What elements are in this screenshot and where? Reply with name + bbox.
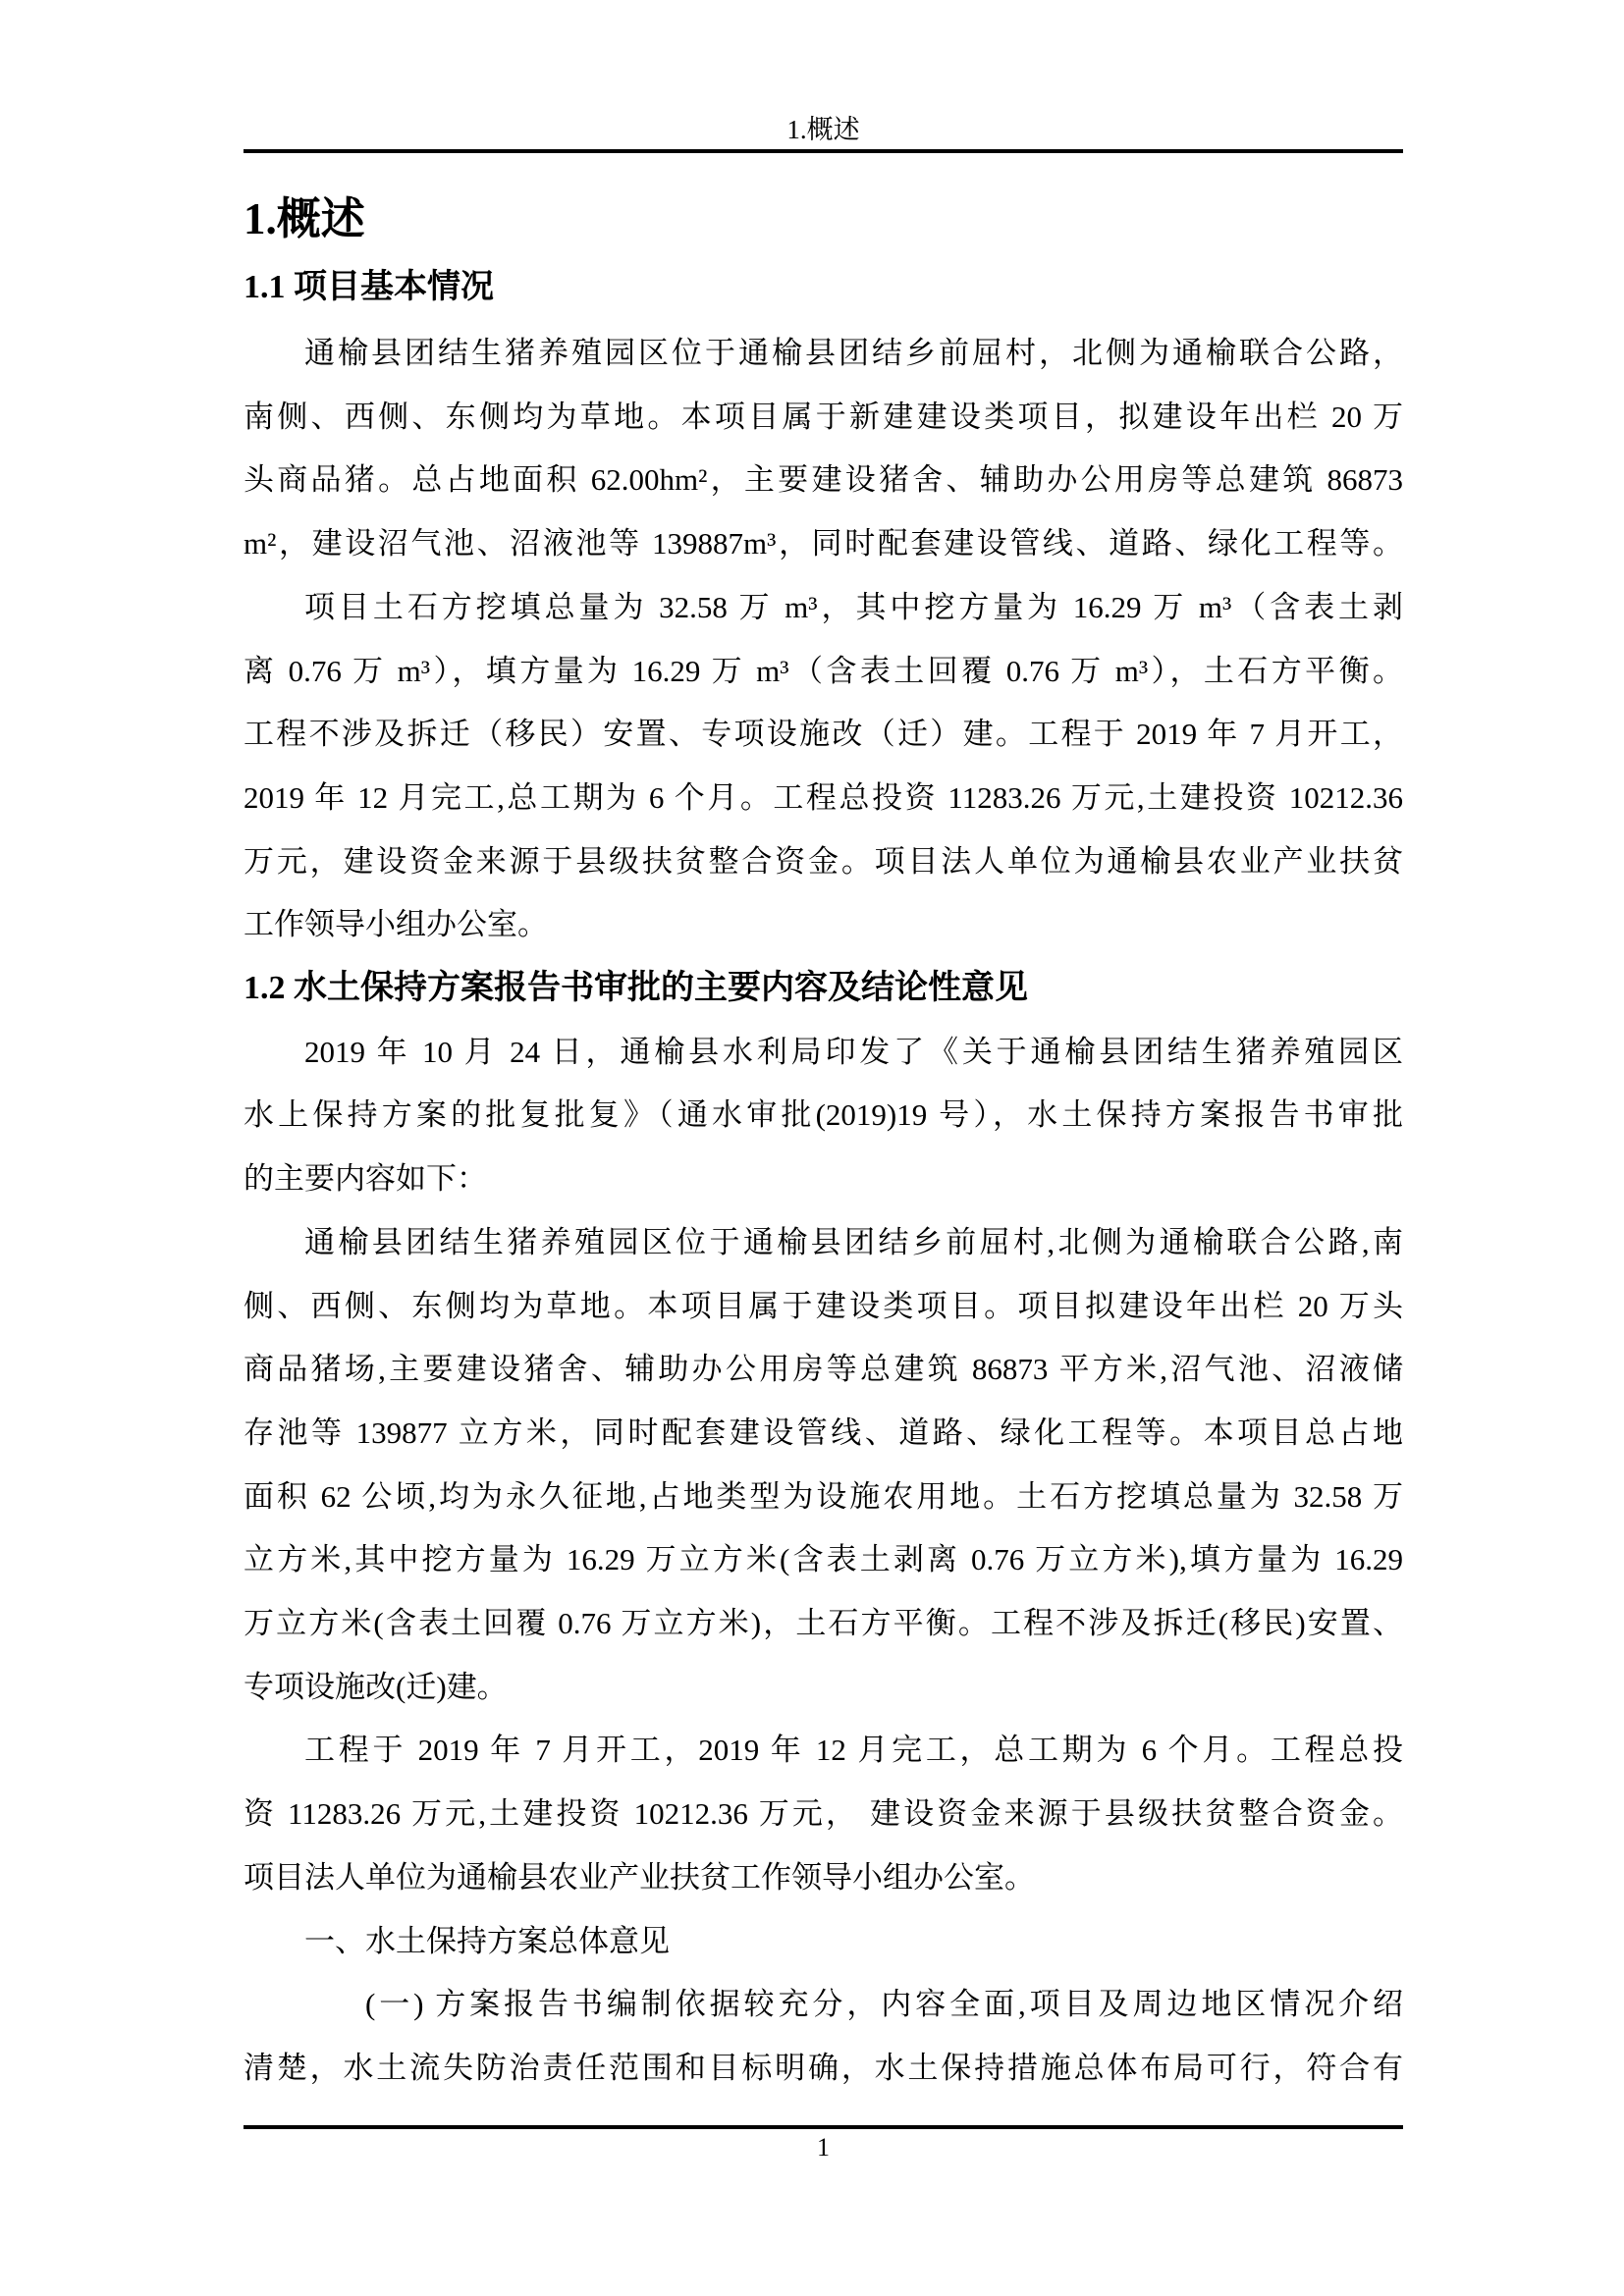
body-line: 离 0.76 万 m³），填方量为 16.29 万 m³（含表土回覆 0.76 … — [244, 640, 1403, 704]
body-line: 头商品猪。总占地面积 62.00hm²，主要建设猪舍、辅助办公用房等总建筑 86… — [244, 449, 1403, 512]
body-line: 工程于 2019 年 7 月开工，2019 年 12 月完工，总工期为 6 个月… — [244, 1719, 1403, 1783]
paragraph-earthwork: 项目土石方挖填总量为 32.58 万 m³，其中挖方量为 16.29 万 m³（… — [244, 576, 1403, 957]
paragraph-approval-project-description: 通榆县团结生猪养殖园区位于通榆县团结乡前屈村,北侧为通榆联合公路,南 侧、西侧、… — [244, 1211, 1403, 1720]
paragraph-project-overview: 通榆县团结生猪养殖园区位于通榆县团结乡前屈村，北侧为通榆联合公路， 南侧、西侧、… — [244, 322, 1403, 576]
document-page: 1.概述 1.概述 1.1 项目基本情况 通榆县团结生猪养殖园区位于通榆县团结乡… — [0, 0, 1624, 2296]
body-line: 商品猪场,主要建设猪舍、辅助办公用房等总建筑 86873 平方米,沼气池、沼液储 — [244, 1338, 1403, 1402]
body-line: 万立方米(含表土回覆 0.76 万立方米)，土石方平衡。工程不涉及拆迁(移民)安… — [244, 1592, 1403, 1656]
body-line: 专项设施改(迁)建。 — [244, 1656, 1403, 1720]
paragraph-opinion-item-1: (一) 方案报告书编制依据较充分，内容全面,项目及周边地区情况介绍 清楚，水土流… — [244, 1973, 1403, 2100]
chapter-heading: 1.概述 — [244, 192, 1403, 245]
body-line: 面积 62 公顷,均为永久征地,占地类型为设施农用地。土石方挖填总量为 32.5… — [244, 1466, 1403, 1529]
document-body: 1.概述 1.1 项目基本情况 通榆县团结生猪养殖园区位于通榆县团结乡前屈村，北… — [244, 192, 1403, 2101]
body-line: 项目土石方挖填总量为 32.58 万 m³，其中挖方量为 16.29 万 m³（… — [244, 576, 1403, 640]
page-header: 1.概述 — [244, 0, 1403, 153]
body-line: 资 11283.26 万元,土建投资 10212.36 万元， 建设资金来源于县… — [244, 1783, 1403, 1846]
paragraph-overall-opinion-title: 一、水土保持方案总体意见 — [244, 1910, 1403, 1974]
section-1-2-heading: 1.2 水土保持方案报告书审批的主要内容及结论性意见 — [244, 957, 1403, 1021]
body-line: 2019 年 12 月完工,总工期为 6 个月。工程总投资 11283.26 万… — [244, 767, 1403, 830]
body-line: 南侧、西侧、东侧均为草地。本项目属于新建建设类项目，拟建设年出栏 20 万 — [244, 386, 1403, 450]
body-line: 工作领导小组办公室。 — [244, 893, 1403, 957]
body-line: 2019 年 10 月 24 日，通榆县水利局印发了《关于通榆县团结生猪养殖园区 — [244, 1021, 1403, 1085]
body-line: 存池等 139877 立方米，同时配套建设管线、道路、绿化工程等。本项目总占地 — [244, 1402, 1403, 1466]
section-1-1-heading: 1.1 项目基本情况 — [244, 269, 1403, 306]
page-number: 1 — [244, 2129, 1403, 2163]
body-line: 通榆县团结生猪养殖园区位于通榆县团结乡前屈村,北侧为通榆联合公路,南 — [244, 1211, 1403, 1275]
paragraph-approval-intro: 2019 年 10 月 24 日，通榆县水利局印发了《关于通榆县团结生猪养殖园区… — [244, 1021, 1403, 1211]
body-line: 一、水土保持方案总体意见 — [244, 1910, 1403, 1974]
body-line: (一) 方案报告书编制依据较充分，内容全面,项目及周边地区情况介绍 — [244, 1973, 1403, 2037]
body-line: 万元，建设资金来源于县级扶贫整合资金。项目法人单位为通榆县农业产业扶贫 — [244, 830, 1403, 894]
body-line: 清楚，水土流失防治责任范围和目标明确，水土保持措施总体布局可行，符合有 — [244, 2037, 1403, 2101]
body-line: m²，建设沼气池、沼液池等 139887m³，同时配套建设管线、道路、绿化工程等… — [244, 512, 1403, 576]
body-line: 水上保持方案的批复批复》（通水审批(2019)19 号），水土保持方案报告书审批 — [244, 1084, 1403, 1148]
body-line: 的主要内容如下： — [244, 1148, 1403, 1211]
body-line: 项目法人单位为通榆县农业产业扶贫工作领导小组办公室。 — [244, 1846, 1403, 1910]
running-header-title: 1.概述 — [786, 114, 859, 149]
page-footer: 1 — [244, 2125, 1403, 2163]
body-line: 立方米,其中挖方量为 16.29 万立方米(含表土剥离 0.76 万立方米),填… — [244, 1528, 1403, 1592]
body-line: 通榆县团结生猪养殖园区位于通榆县团结乡前屈村，北侧为通榆联合公路， — [244, 322, 1403, 386]
body-line: 工程不涉及拆迁（移民）安置、专项设施改（迁）建。工程于 2019 年 7 月开工… — [244, 703, 1403, 767]
body-line: 侧、西侧、东侧均为草地。本项目属于建设类项目。项目拟建设年出栏 20 万头 — [244, 1275, 1403, 1339]
paragraph-approval-schedule-investment: 工程于 2019 年 7 月开工，2019 年 12 月完工，总工期为 6 个月… — [244, 1719, 1403, 1909]
